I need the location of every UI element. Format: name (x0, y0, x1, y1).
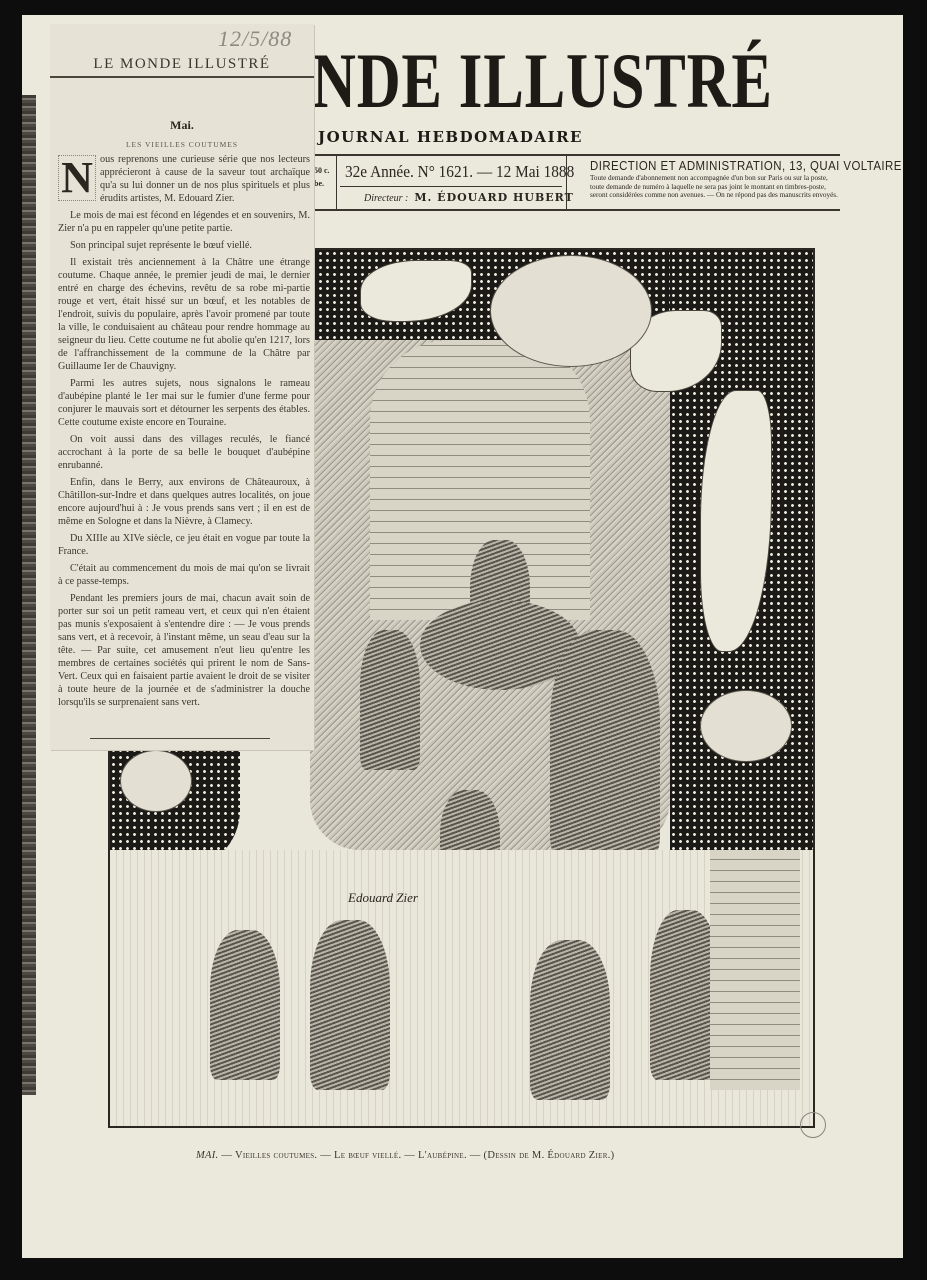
flower-bouquet (490, 255, 652, 367)
hawthorn-branch-left (120, 750, 192, 812)
paragraph: Enfin, dans le Berry, aux environs de Ch… (58, 476, 310, 528)
artist-signature: Edouard Zier (348, 890, 418, 906)
figure-hooded (360, 630, 420, 770)
paragraph: Le mois de mai est fécond en légendes et… (58, 209, 310, 235)
paragraph: C'était au commencement du mois de mai q… (58, 562, 310, 588)
masthead-subtitle: JOURNAL HEBDOMADAIRE (318, 128, 583, 146)
divider (566, 156, 567, 209)
paragraph: Son principal sujet représente le bœuf v… (58, 239, 310, 252)
divider (340, 186, 562, 187)
caption-text: — Vieilles coutumes. — Le bœuf viellé. —… (218, 1150, 614, 1161)
masthead-info-bar: 50 c. be. 32e Année. N° 1621. — 12 Mai 1… (312, 154, 840, 211)
crowd (550, 630, 660, 860)
admin-heading: DIRECTION ET ADMINISTRATION, 13, QUAI VO… (590, 158, 902, 173)
divider (336, 156, 337, 209)
library-stamp (800, 1112, 826, 1138)
paragraph: On voit aussi dans des villages reculés,… (58, 433, 310, 472)
caption-lead: MAI. (196, 1150, 218, 1161)
admin-notice: Toute demande d'abonnement non accompagn… (590, 174, 840, 200)
article-subheading: LES VIEILLES COUTUMES (50, 140, 314, 149)
clipping-paper-title: LE MONDE ILLUSTRÉ (50, 56, 314, 73)
house-wall (710, 850, 800, 1090)
paragraph: Pendant les premiers jours de mai, chacu… (58, 592, 310, 709)
figure-musicians (530, 940, 610, 1100)
issue-line: 32e Année. N° 1621. — 12 Mai 1888 (345, 162, 574, 182)
hawthorn-branch-right (700, 690, 792, 762)
article-body: Nous reprenons une curieuse série que no… (58, 153, 310, 713)
handwritten-date: 12/5/88 (218, 26, 292, 52)
article-clipping: 12/5/88 LE MONDE ILLUSTRÉ Mai. LES VIEIL… (50, 24, 314, 750)
end-rule (90, 738, 270, 739)
price-fragment: 50 c. be. (314, 164, 330, 190)
paragraph: Du XIIIe au XIVe siècle, ce jeu était en… (58, 532, 310, 558)
paragraph: Il existait très anciennement à la Châtr… (58, 256, 310, 373)
divider (50, 76, 314, 78)
figure-farmer (210, 930, 280, 1080)
paragraph: Parmi les autres sujets, nous signalons … (58, 377, 310, 429)
illustration-caption: MAI. — Vieilles coutumes. — Le bœuf viel… (196, 1150, 614, 1161)
adjacent-page-edge (22, 95, 36, 1095)
figure-women (310, 920, 390, 1090)
paragraph: Nous reprenons une curieuse série que no… (58, 153, 310, 205)
dropcap-letter: N (58, 155, 96, 201)
director-line: Directeur :M. ÉDOUARD HUBERT (364, 190, 574, 205)
masthead-title: NDE ILLUSTRÉ (312, 42, 773, 120)
article-heading: Mai. (50, 118, 314, 133)
